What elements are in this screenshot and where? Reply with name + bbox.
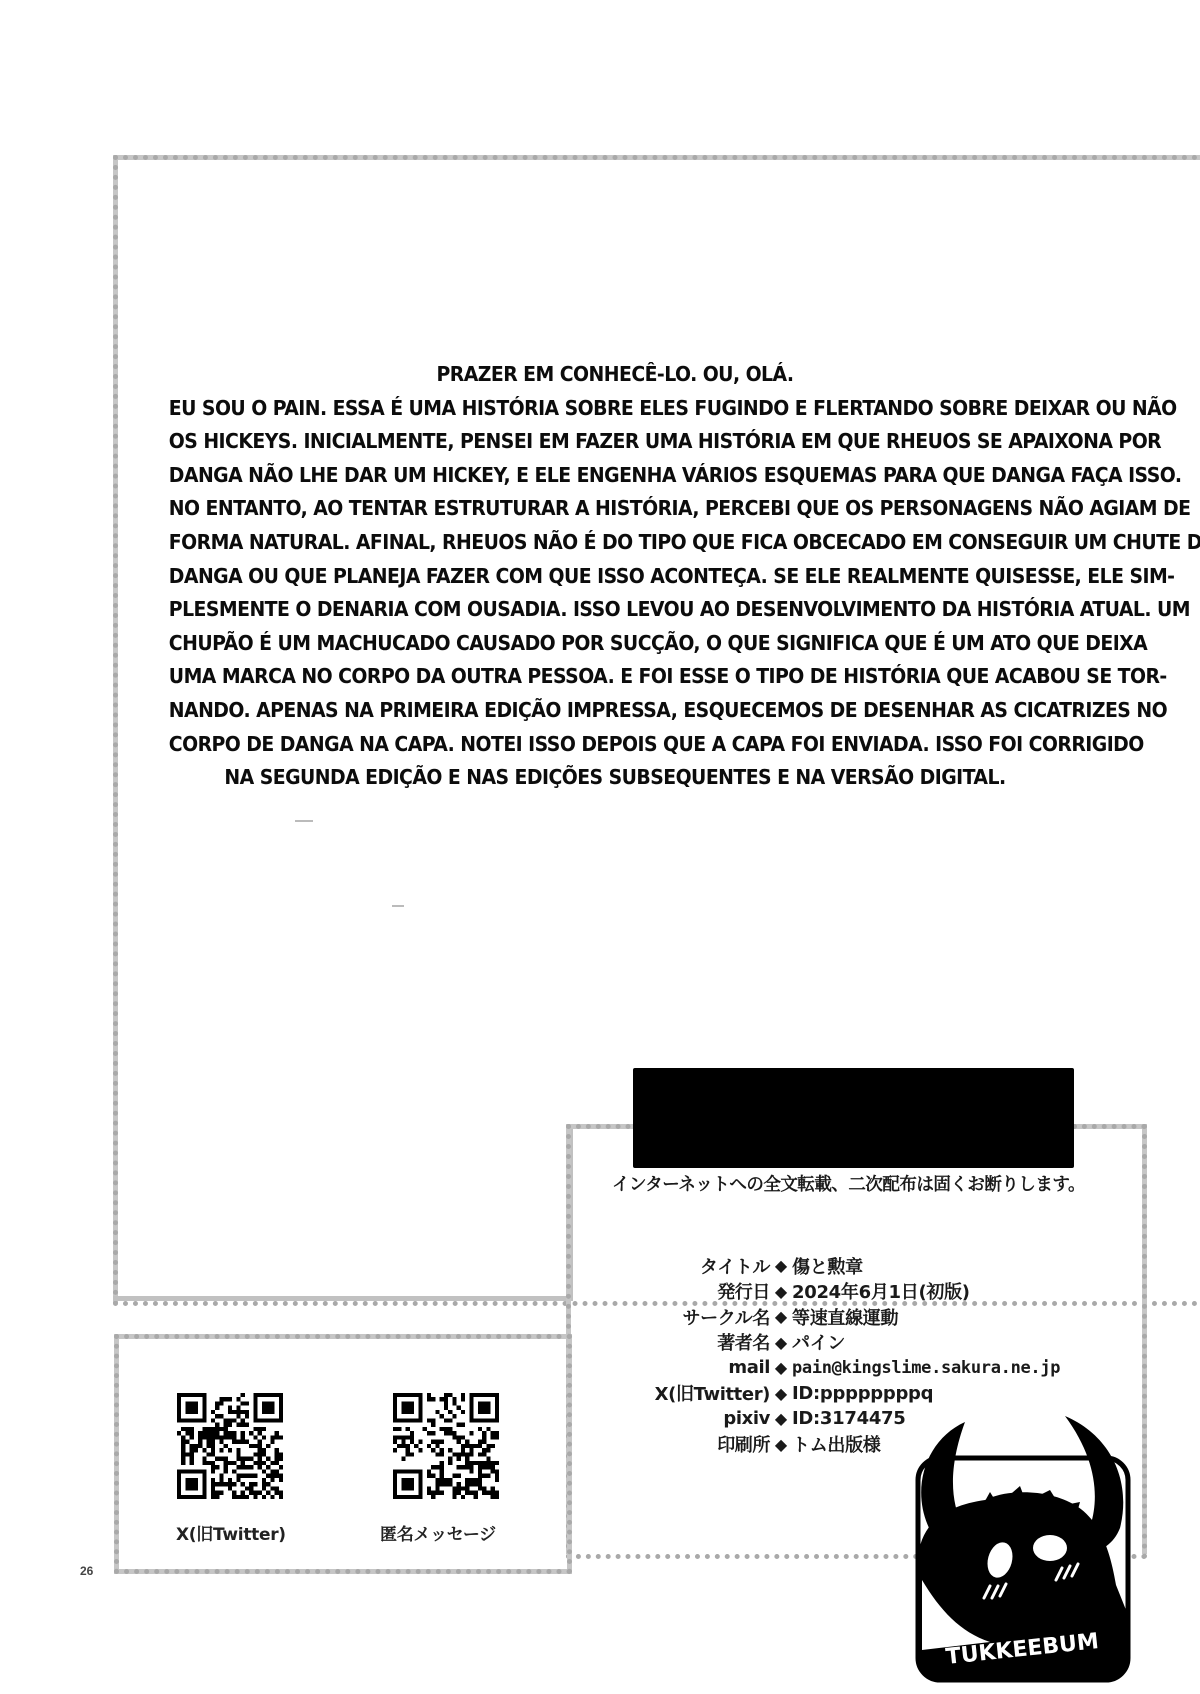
redaction-box <box>633 1068 1074 1168</box>
afterword-line: FORMA NATURAL. AFINAL, RHEUOS NÃO É DO T… <box>169 526 1061 560</box>
qr-label-anonymous-message: 匿名メッセージ <box>380 1520 496 1545</box>
diamond-bullet-icon: ◆ <box>770 1333 792 1352</box>
horned-mascot-icon: TUKKEEBUM <box>910 1410 1136 1694</box>
colophon-row-mail: mail ◆ pain@kingslime.sakura.ne.jp <box>610 1355 1130 1381</box>
qr-label-twitter: X(旧Twitter) <box>176 1520 286 1545</box>
page-number: 26 <box>80 1564 93 1578</box>
email-link[interactable]: pain@kingslime.sakura.ne.jp <box>792 1358 1060 1378</box>
afterword-line: NANDO. APENAS NA PRIMEIRA EDIÇÃO IMPRESS… <box>169 694 1061 728</box>
afterword-line: OS HICKEYS. INICIALMENTE, PENSEI EM FAZE… <box>169 425 1061 459</box>
afterword-line: NO ENTANTO, AO TENTAR ESTRUTURAR A HISTÓ… <box>169 492 1061 526</box>
afterword-line: CORPO DE DANGA NA CAPA. NOTEI ISSO DEPOI… <box>169 728 1061 762</box>
scan-artifact <box>295 820 313 822</box>
afterword-line: EU SOU O PAIN. ESSA É UMA HISTÓRIA SOBRE… <box>169 392 1061 426</box>
colophon-row-circle: サークル名 ◆ 等速直線運動 <box>610 1304 1130 1330</box>
diamond-bullet-icon: ◆ <box>770 1256 792 1275</box>
colophon-label: 印刷所 <box>610 1431 770 1457</box>
colophon-label: X(旧Twitter) <box>610 1380 770 1406</box>
colophon-row-title: タイトル ◆ 傷と勲章 <box>610 1253 1130 1279</box>
afterword-line: DANGA OU QUE PLANEJA FAZER COM QUE ISSO … <box>169 560 1061 594</box>
colophon-label: mail <box>610 1357 770 1378</box>
afterword-line: DANGA NÃO LHE DAR UM HICKEY, E ELE ENGEN… <box>169 459 1061 493</box>
scan-artifact <box>392 905 404 907</box>
colophon-row-twitter: X(旧Twitter) ◆ ID:ppppppppq <box>610 1381 1130 1407</box>
diamond-bullet-icon: ◆ <box>770 1435 792 1454</box>
colophon-value: 等速直線運動 <box>792 1304 898 1330</box>
colophon-value: 傷と勲章 <box>792 1253 863 1279</box>
afterword-line: UMA MARCA NO CORPO DA OUTRA PESSOA. E FO… <box>169 660 1061 694</box>
colophon-value: トム出版様 <box>792 1431 881 1457</box>
qr-code-icon[interactable] <box>393 1393 499 1499</box>
reprint-notice: インターネットへの全文転載、二次配布は固くお断りします。 <box>612 1171 1132 1196</box>
diamond-bullet-icon: ◆ <box>770 1307 792 1326</box>
colophon-value: ID:3174475 <box>792 1408 906 1429</box>
afterword-line: NA SEGUNDA EDIÇÃO E NAS EDIÇÕES SUBSEQUE… <box>169 761 1061 795</box>
colophon-label: サークル名 <box>610 1304 770 1330</box>
afterword-line: PLESMENTE O DENARIA COM OUSADIA. ISSO LE… <box>169 593 1061 627</box>
colophon-label: 発行日 <box>610 1278 770 1304</box>
diamond-bullet-icon: ◆ <box>770 1358 792 1377</box>
diamond-bullet-icon: ◆ <box>770 1282 792 1301</box>
diamond-bullet-icon: ◆ <box>770 1384 792 1403</box>
diamond-bullet-icon: ◆ <box>770 1409 792 1428</box>
colophon-value: パイン <box>792 1329 845 1355</box>
colophon-value: ID:ppppppppq <box>792 1383 933 1404</box>
colophon-label: pixiv <box>610 1408 770 1429</box>
afterword-text: PRAZER EM CONHECÊ-LO. OU, OLÁ. EU SOU O … <box>169 358 1061 795</box>
qr-code-icon[interactable] <box>177 1393 283 1499</box>
frame-divider <box>113 1296 573 1301</box>
colophon-value: 2024年6月1日(初版) <box>792 1278 970 1304</box>
colophon-label: タイトル <box>610 1253 770 1279</box>
colophon-row-author: 著者名 ◆ パイン <box>610 1330 1130 1356</box>
afterword-line: CHUPÃO É UM MACHUCADO CAUSADO POR SUCÇÃO… <box>169 627 1061 661</box>
colophon-label: 著者名 <box>610 1329 770 1355</box>
afterword-line: PRAZER EM CONHECÊ-LO. OU, OLÁ. <box>169 358 1061 392</box>
colophon-row-date: 発行日 ◆ 2024年6月1日(初版) <box>610 1279 1130 1305</box>
